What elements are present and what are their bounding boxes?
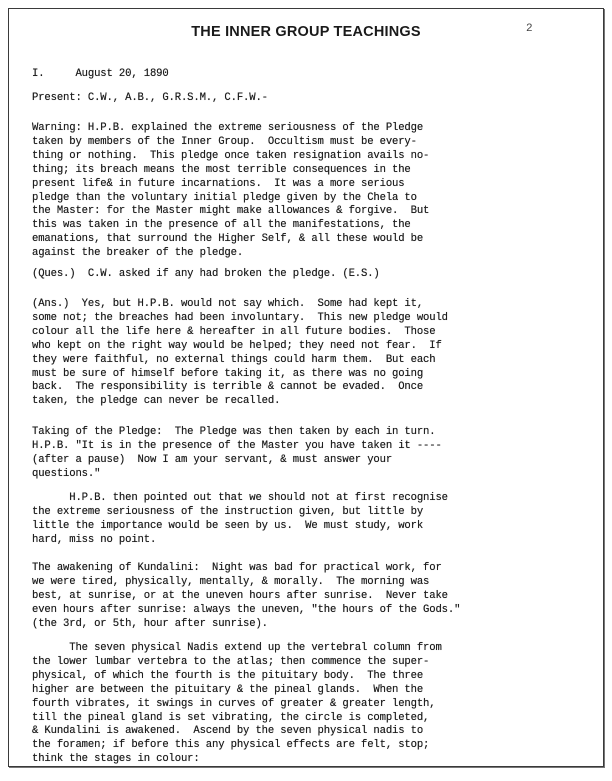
meeting-number: I. — [32, 68, 44, 80]
text-line: physical, of which the fourth is the pit… — [32, 670, 592, 684]
text-line: emanations, that surround the Higher Sel… — [32, 233, 592, 247]
text-line: the foramen; if before this any physical… — [32, 739, 592, 753]
text-line: H.P.B. "It is in the presence of the Mas… — [32, 440, 592, 454]
text-line: this was taken in the presence of all th… — [32, 219, 592, 233]
text-line: The seven physical Nadis extend up the v… — [32, 642, 592, 656]
text-line: Taking of the Pledge: The Pledge was the… — [32, 426, 592, 440]
text-line: they were faithful, no external things c… — [32, 354, 592, 368]
text-line: hard, miss no point. — [32, 534, 592, 548]
text-line: fourth vibrates, it swings in curves of … — [32, 698, 592, 712]
text-line: the Master: for the Master might make al… — [32, 205, 592, 219]
text-line: Warning: H.P.B. explained the extreme se… — [32, 122, 592, 136]
present-line: Present: C.W., A.B., G.R.S.M., C.F.W.- — [32, 92, 592, 106]
text-line: & Kundalini is awakened. Ascend by the s… — [32, 725, 592, 739]
text-line: present life& in future incarnations. It… — [32, 178, 592, 192]
text-line: questions." — [32, 468, 592, 482]
text-line: H.P.B. then pointed out that we should n… — [32, 492, 592, 506]
text-line: The awakening of Kundalini: Night was ba… — [32, 562, 592, 576]
text-line: little the importance would be seen by u… — [32, 520, 592, 534]
text-line: who kept on the right way would be helpe… — [32, 340, 592, 354]
text-line: taken by members of the Inner Group. Occ… — [32, 136, 592, 150]
text-line: higher are between the pituitary & the p… — [32, 684, 592, 698]
text-line: even hours after sunrise: always the une… — [32, 604, 592, 618]
paragraph-answer: (Ans.) Yes, but H.P.B. would not say whi… — [32, 298, 592, 409]
text-line: thing; its breach means the most terribl… — [32, 164, 592, 178]
text-line: colour all the life here & hereafter in … — [32, 326, 592, 340]
text-line: (the 3rd, or 5th, hour after sunrise). — [32, 618, 592, 632]
text-line: taken, the pledge can never be recalled. — [32, 395, 592, 409]
text-line: must be sure of himself before taking it… — [32, 368, 592, 382]
page-number: 2 — [526, 23, 533, 35]
paragraph-seven-physical-nadis: The seven physical Nadis extend up the v… — [32, 642, 592, 767]
text-line: think the stages in colour: — [32, 753, 592, 767]
paragraph-hpb-pointed-out: H.P.B. then pointed out that we should n… — [32, 492, 592, 548]
text-line: we were tired, physically, mentally, & m… — [32, 576, 592, 590]
text-line: some not; the breaches had been involunt… — [32, 312, 592, 326]
paragraph-question: (Ques.) C.W. asked if any had broken the… — [32, 268, 592, 282]
text-line: thing or nothing. This pledge once taken… — [32, 150, 592, 164]
text-line: best, at sunrise, or at the uneven hours… — [32, 590, 592, 604]
paragraph-awakening-of-kundalini: The awakening of Kundalini: Night was ba… — [32, 562, 592, 632]
meeting-date: August 20, 1890 — [75, 68, 168, 80]
paragraph-taking-of-pledge: Taking of the Pledge: The Pledge was the… — [32, 426, 592, 482]
text-line: the lower lumbar vertebra to the atlas; … — [32, 656, 592, 670]
text-line: pledge than the voluntary initial pledge… — [32, 192, 592, 206]
text-line: against the breaker of the pledge. — [32, 247, 592, 261]
text-line: (after a pause) Now I am your servant, &… — [32, 454, 592, 468]
text-line: the extreme seriousness of the instructi… — [32, 506, 592, 520]
meeting-heading: I. August 20, 1890 — [32, 68, 592, 82]
paragraph-warning: Warning: H.P.B. explained the extreme se… — [32, 122, 592, 261]
text-line: (Ans.) Yes, but H.P.B. would not say whi… — [32, 298, 592, 312]
document-title: THE INNER GROUP TEACHINGS — [0, 24, 612, 40]
text-line: till the pineal gland is set vibrating, … — [32, 712, 592, 726]
text-line: back. The responsibility is terrible & c… — [32, 381, 592, 395]
text-line: (Ques.) C.W. asked if any had broken the… — [32, 268, 592, 282]
